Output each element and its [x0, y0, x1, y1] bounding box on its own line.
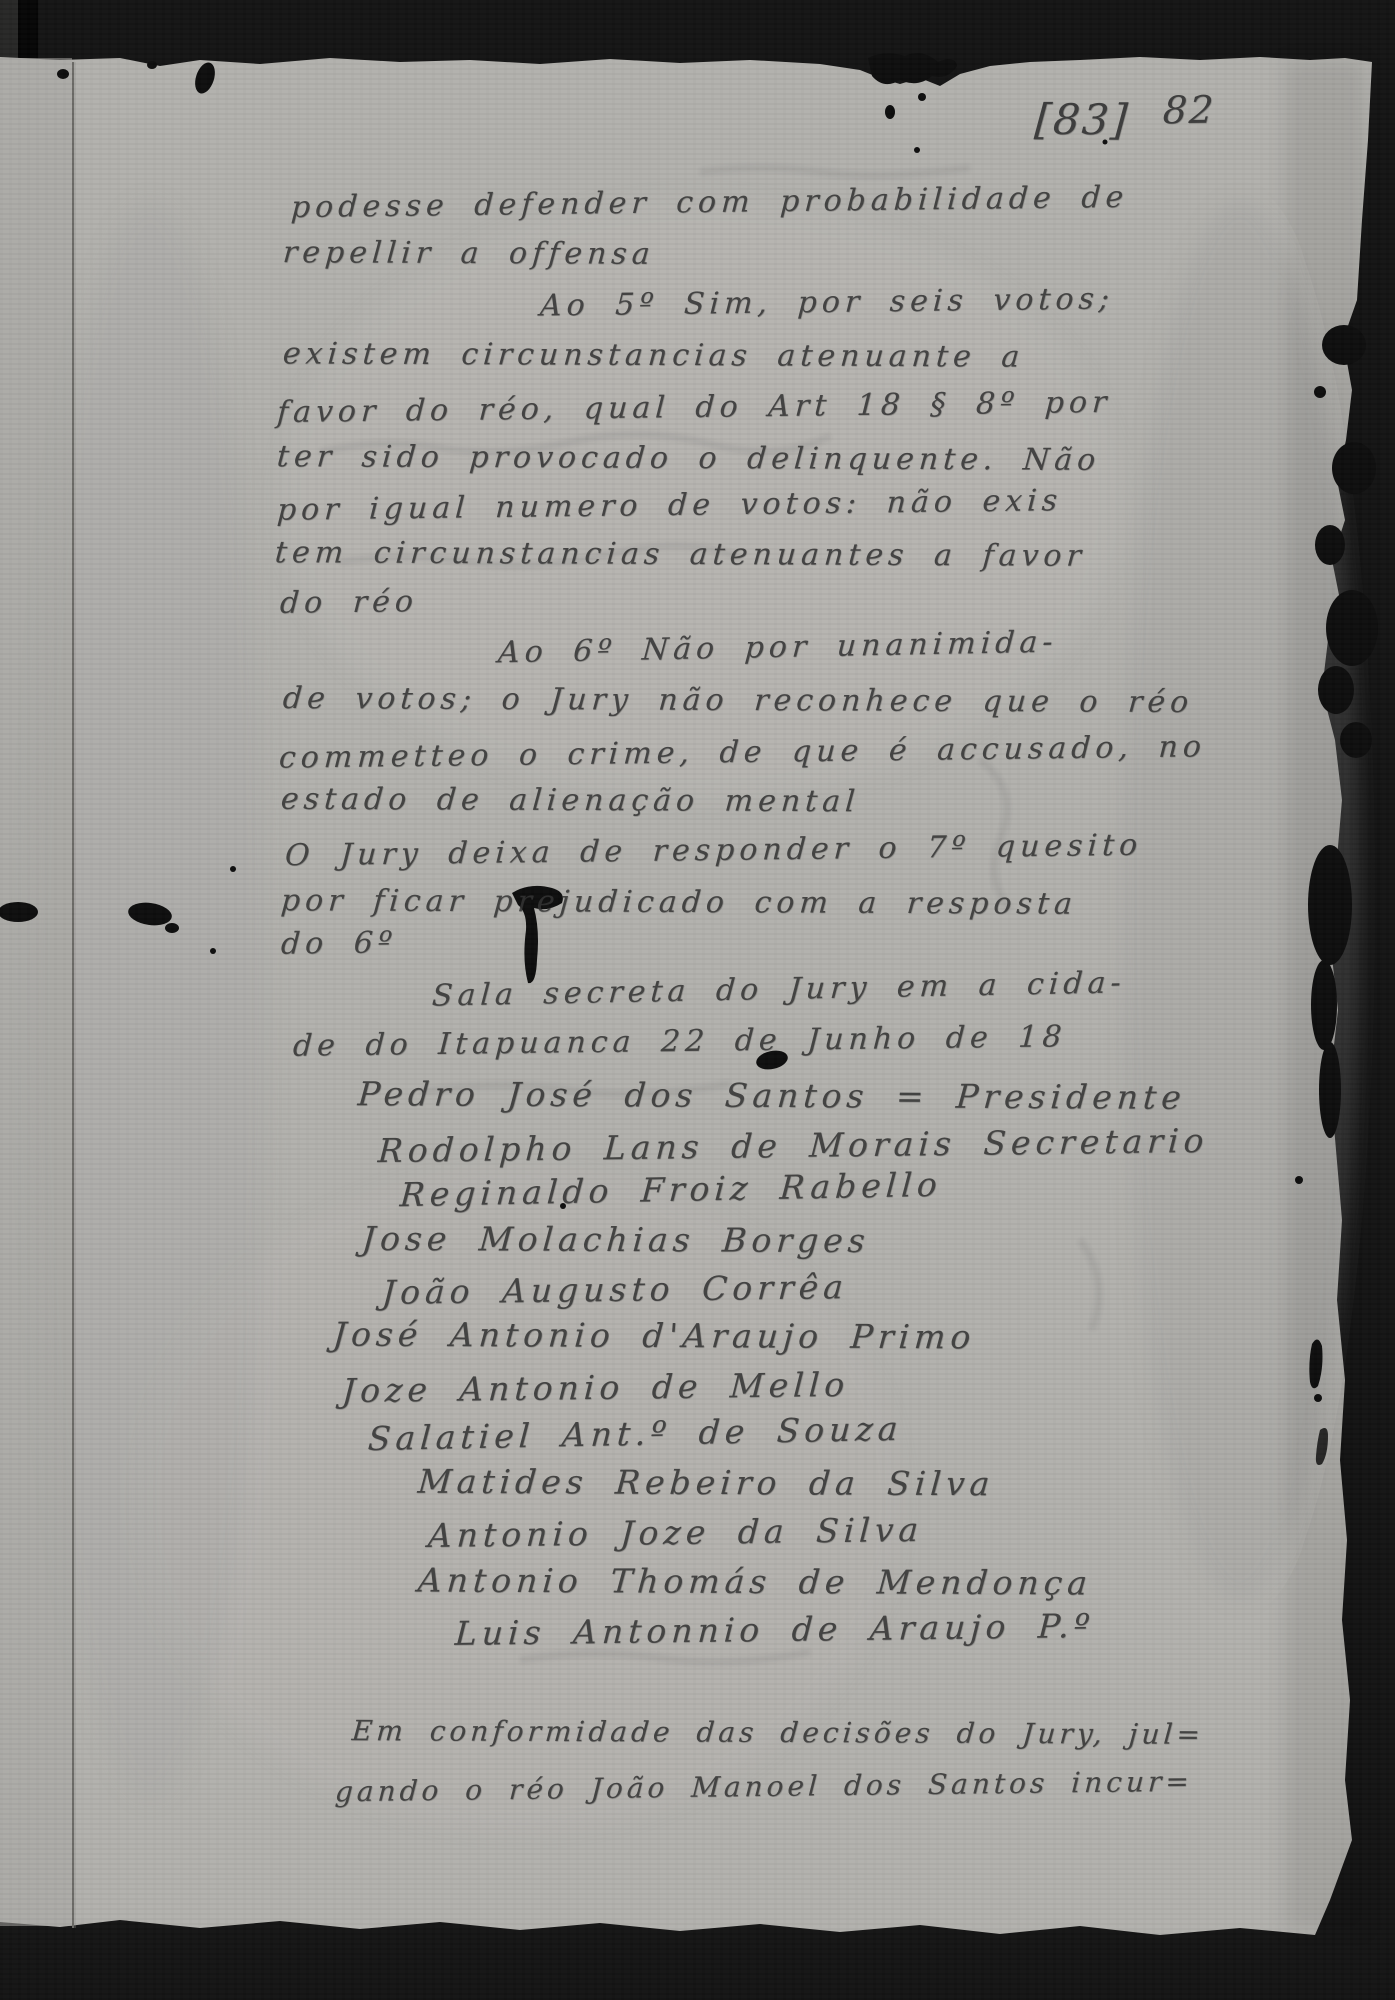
signature-line: Antonio Thomás de Mendonça	[417, 1561, 1094, 1603]
manuscript-line: por ficar prejudicado com a resposta	[280, 883, 1079, 921]
manuscript-line: tem circunstancias atenuantes a favor	[274, 535, 1087, 574]
manuscript-line: estado de alienação mental	[280, 782, 861, 820]
signature-line: Pedro José dos Santos = Presidente	[357, 1074, 1188, 1117]
signature-line: Jose Molachias Borges	[361, 1219, 872, 1260]
crease-line	[73, 62, 75, 1928]
scanned-manuscript-page: [83] 82 podesse defender com probabilida…	[0, 0, 1395, 2000]
signature-line: Antonio Joze da Silva	[427, 1510, 924, 1555]
manuscript-line: Ao 5º Sim, por seis votos;	[539, 281, 1115, 323]
signature-line: José Antonio d'Araujo Primo	[332, 1315, 977, 1357]
archival-page-number: [83]	[1033, 95, 1131, 144]
signature-line: Joze Antonio de Mello	[341, 1365, 851, 1410]
manuscript-line: de votos; o Jury não reconhece que o réo	[282, 681, 1195, 720]
manuscript-line: do réo	[279, 584, 419, 621]
signature-line: Luis Antonnio de Araujo P.º	[454, 1606, 1096, 1653]
signature-line: João Augusto Corrêa	[381, 1267, 849, 1312]
closing-line: Em conformidade das decisões do Jury, ju…	[351, 1714, 1205, 1751]
manuscript-line: ter sido provocado o delinquente. Não	[276, 439, 1102, 478]
signature-line: Matides Rebeiro da Silva	[417, 1462, 996, 1504]
binding-gap	[0, 0, 18, 60]
binding-bar	[18, 0, 38, 64]
manuscript-line: do 6º	[280, 925, 398, 961]
stamped-page-number: 82	[1162, 88, 1217, 133]
manuscript-line: repellir a offensa	[282, 235, 656, 272]
manuscript-line: existem circunstancias atenuante a	[282, 336, 1026, 374]
